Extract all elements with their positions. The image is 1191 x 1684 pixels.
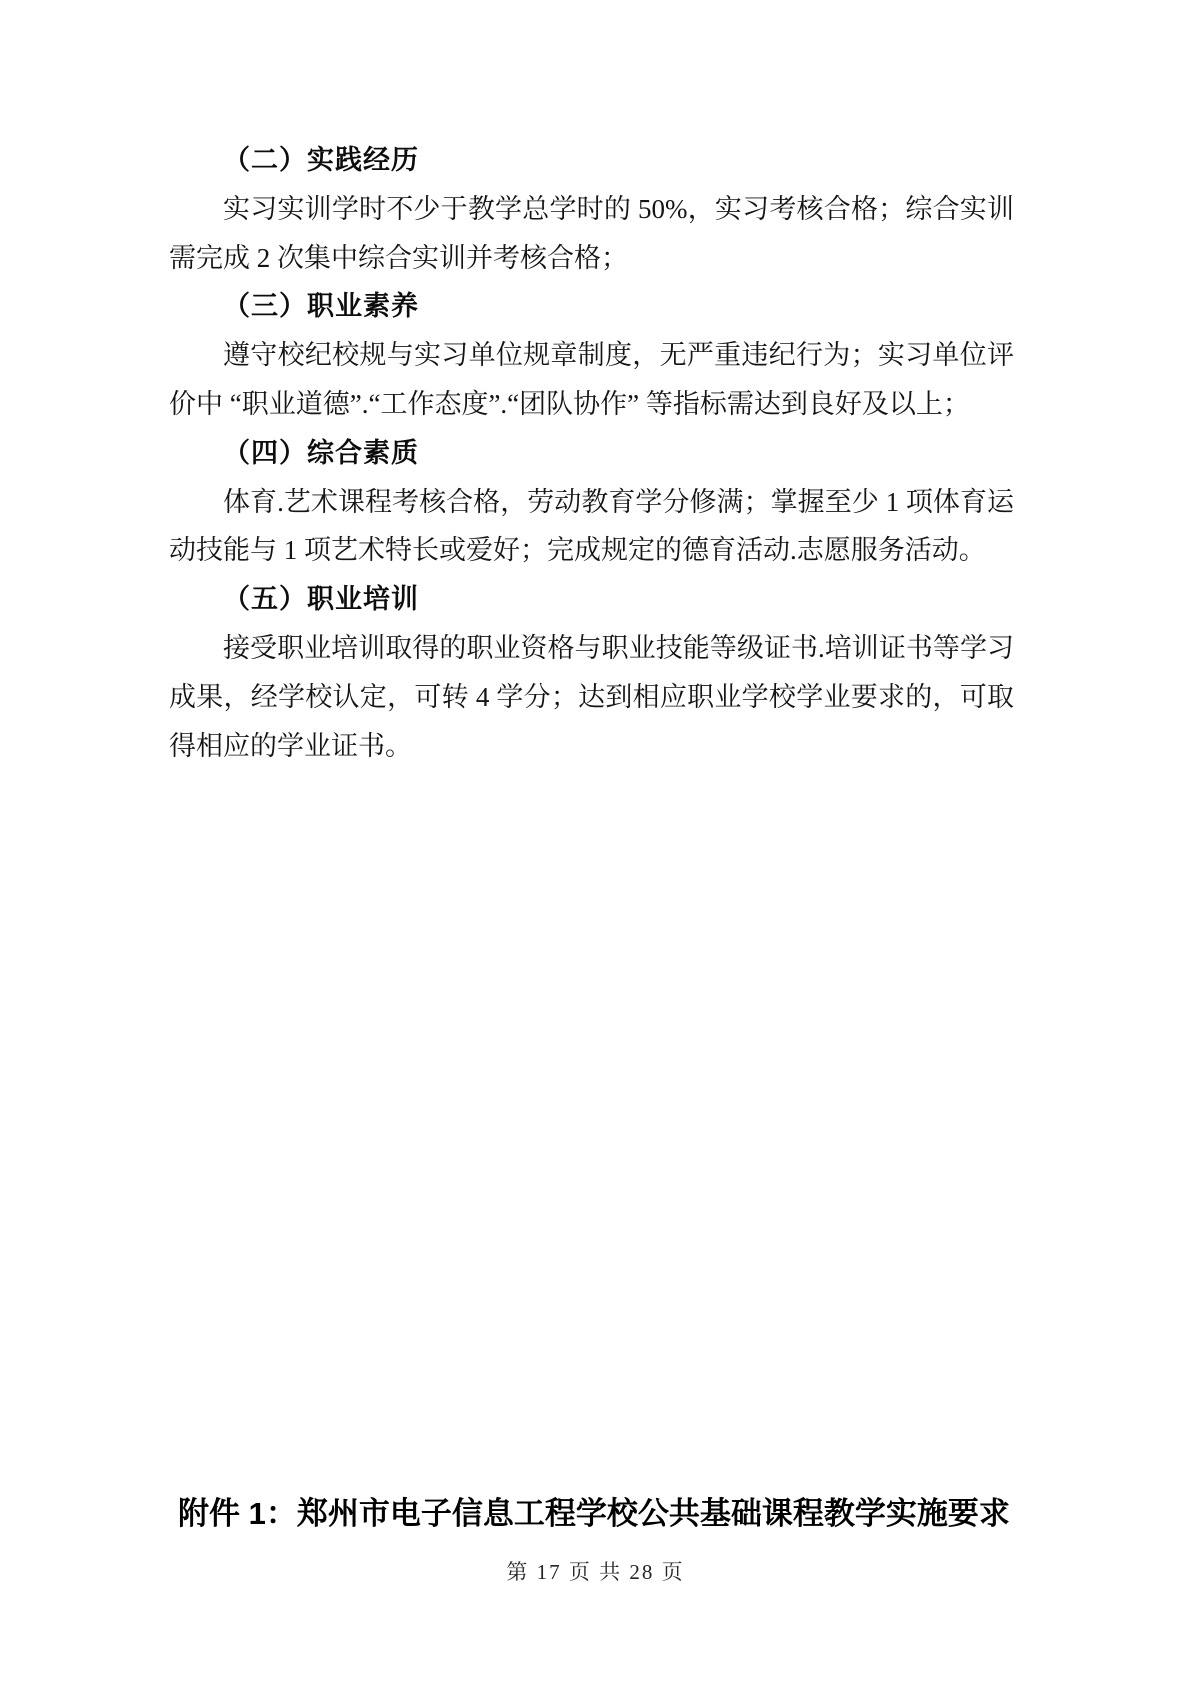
section-professional-quality: （三）职业素养 遵守校纪校规与实习单位规章制度，无严重违纪行为；实习单位评价中 … [169,282,1014,428]
section-paragraph: 接受职业培训取得的职业资格与职业技能等级证书.培训证书等学习成果，经学校认定，可… [169,624,1014,770]
section-comprehensive-quality: （四）综合素质 体育.艺术课程考核合格，劳动教育学分修满；掌握至少 1 项体育运… [169,429,1014,575]
attachment-title: 附件 1：郑州市电子信息工程学校公共基础课程教学实施要求 [178,1495,1010,1533]
document-body: （二）实践经历 实习实训学时不少于教学总学时的 50%，实习考核合格；综合实训需… [169,136,1014,770]
section-heading: （五）职业培训 [169,575,1014,624]
section-paragraph: 体育.艺术课程考核合格，劳动教育学分修满；掌握至少 1 项体育运动技能与 1 项… [169,478,1014,576]
section-heading: （四）综合素质 [169,429,1014,478]
section-paragraph: 遵守校纪校规与实习单位规章制度，无严重违纪行为；实习单位评价中 “职业道德”.“… [169,331,1014,429]
section-practice-experience: （二）实践经历 实习实训学时不少于教学总学时的 50%，实习考核合格；综合实训需… [169,136,1014,282]
section-paragraph: 实习实训学时不少于教学总学时的 50%，实习考核合格；综合实训需完成 2 次集中… [169,185,1014,283]
document-page: （二）实践经历 实习实训学时不少于教学总学时的 50%，实习考核合格；综合实训需… [0,0,1191,1684]
section-vocational-training: （五）职业培训 接受职业培训取得的职业资格与职业技能等级证书.培训证书等学习成果… [169,575,1014,770]
page-footer: 第 17 页 共 28 页 [0,1558,1191,1586]
section-heading: （二）实践经历 [169,136,1014,185]
section-heading: （三）职业素养 [169,282,1014,331]
